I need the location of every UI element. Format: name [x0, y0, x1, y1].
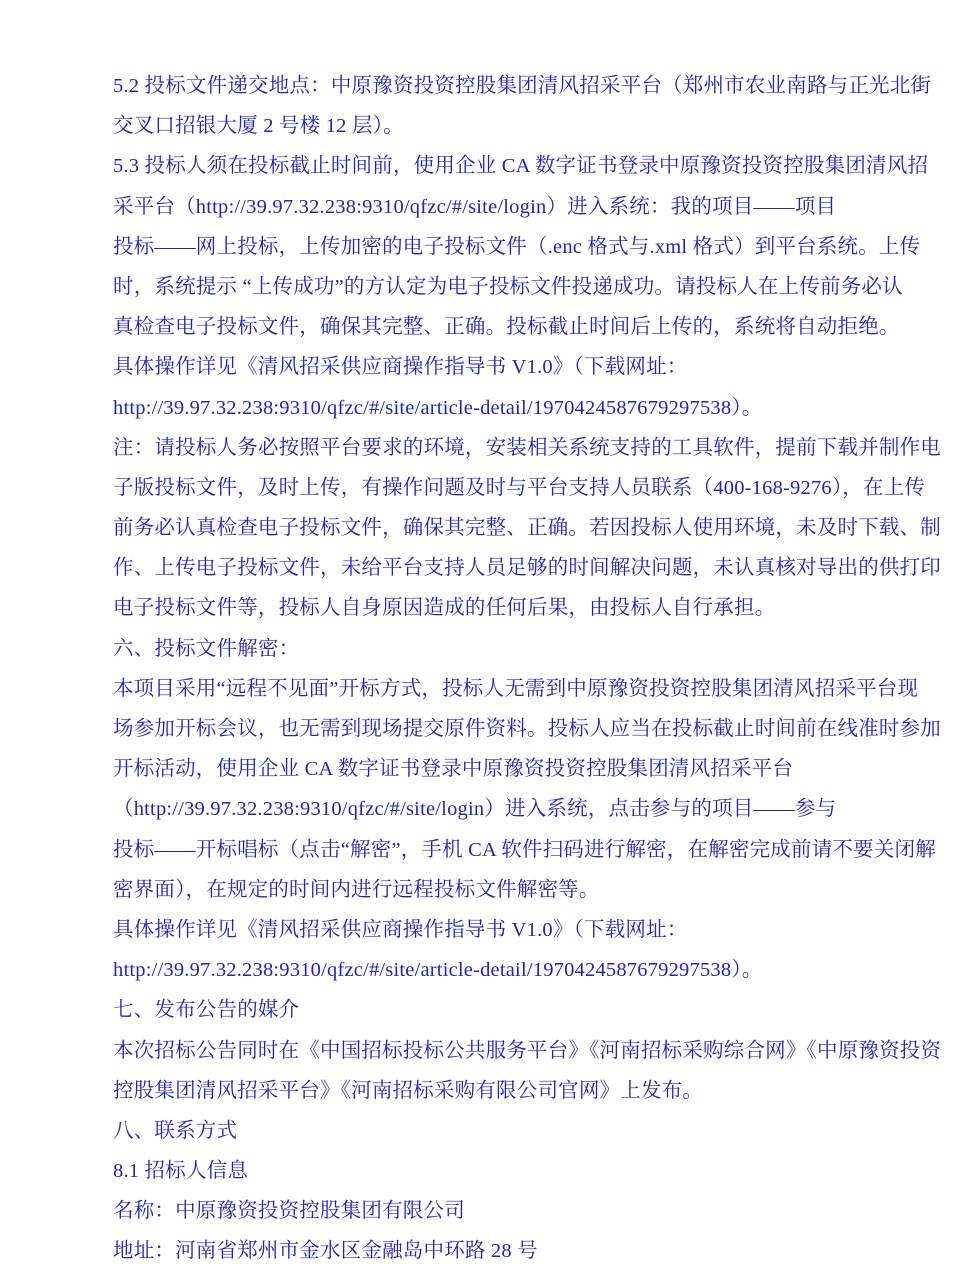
text-line: 开标活动，使用企业 CA 数字证书登录中原豫资投资控股集团清风招采平台 — [113, 749, 903, 789]
text-line: 八、联系方式 — [113, 1111, 903, 1151]
document-page: 5.2 投标文件递交地点：中原豫资投资控股集团清风招采平台（郑州市农业南路与正光… — [0, 0, 963, 1287]
text-line: 具体操作详见《清风招采供应商操作指导书 V1.0》（下载网址： — [113, 910, 903, 950]
text-line: 七、发布公告的媒介 — [113, 990, 903, 1030]
text-line: 密界面），在规定的时间内进行远程投标文件解密等。 — [113, 870, 903, 910]
text-line: 5.2 投标文件递交地点：中原豫资投资控股集团清风招采平台（郑州市农业南路与正光… — [113, 66, 903, 106]
text-line: （http://39.97.32.238:9310/qfzc/#/site/lo… — [113, 789, 903, 829]
text-line: 真检查电子投标文件，确保其完整、正确。投标截止时间后上传的，系统将自动拒绝。 — [113, 307, 903, 347]
text-line: 子版投标文件，及时上传，有操作问题及时与平台支持人员联系（400-168-927… — [113, 468, 903, 508]
text-line: 投标——开标唱标（点击“解密”，手机 CA 软件扫码进行解密，在解密完成前请不要… — [113, 830, 903, 870]
text-line: 电子投标文件等，投标人自身原因造成的任何后果，由投标人自行承担。 — [113, 588, 903, 628]
text-line: 8.1 招标人信息 — [113, 1151, 903, 1191]
text-line: 采平台（http://39.97.32.238:9310/qfzc/#/site… — [113, 187, 903, 227]
document-content: 5.2 投标文件递交地点：中原豫资投资控股集团清风招采平台（郑州市农业南路与正光… — [113, 66, 903, 1272]
text-line: 六、投标文件解密： — [113, 629, 903, 669]
text-line: http://39.97.32.238:9310/qfzc/#/site/art… — [113, 388, 903, 428]
text-line: 交叉口招银大厦 2 号楼 12 层）。 — [113, 106, 903, 146]
text-line: 本次招标公告同时在《中国招标投标公共服务平台》《河南招标采购综合网》《中原豫资投… — [113, 1031, 903, 1071]
text-line: 地址：河南省郑州市金水区金融岛中环路 28 号 — [113, 1231, 903, 1271]
text-line: 5.3 投标人须在投标截止时间前，使用企业 CA 数字证书登录中原豫资投资控股集… — [113, 146, 903, 186]
text-line: 投标——网上投标，上传加密的电子投标文件（.enc 格式与.xml 格式）到平台… — [113, 227, 903, 267]
text-line: 作、上传电子投标文件，未给平台支持人员足够的时间解决问题，未认真核对导出的供打印 — [113, 548, 903, 588]
text-line: 前务必认真检查电子投标文件，确保其完整、正确。若因投标人使用环境，未及时下载、制 — [113, 508, 903, 548]
text-line: 注：请投标人务必按照平台要求的环境，安装相关系统支持的工具软件，提前下载并制作电 — [113, 428, 903, 468]
text-line: 场参加开标会议，也无需到现场提交原件资料。投标人应当在投标截止时间前在线准时参加 — [113, 709, 903, 749]
text-line: 名称：中原豫资投资控股集团有限公司 — [113, 1191, 903, 1231]
text-line: http://39.97.32.238:9310/qfzc/#/site/art… — [113, 950, 903, 990]
text-line: 具体操作详见《清风招采供应商操作指导书 V1.0》（下载网址： — [113, 347, 903, 387]
text-line: 时，系统提示 “上传成功”的方认定为电子投标文件投递成功。请投标人在上传前务必认 — [113, 267, 903, 307]
text-line: 本项目采用“远程不见面”开标方式，投标人无需到中原豫资投资控股集团清风招采平台现 — [113, 669, 903, 709]
text-line: 控股集团清风招采平台》《河南招标采购有限公司官网》上发布。 — [113, 1071, 903, 1111]
